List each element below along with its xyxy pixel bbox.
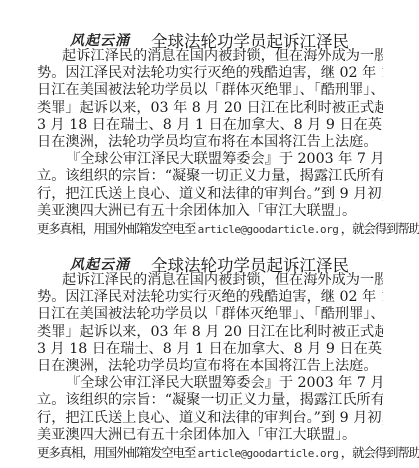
footer-text-before: 更多真相，用国外邮箱发空电至 [37,445,195,460]
text-line: 日江在美国被法轮功学员以「群体灭绝罪」、「酷刑罪」、「反人 [37,306,383,323]
contact-footer: 更多真相，用国外邮箱发空电至 article@goodarticle.org ，… [37,444,383,461]
article-heading: 风起云涌 全球法轮功学员起诉江泽民 [37,29,383,47]
article-title: 全球法轮功学员起诉江泽民 [151,252,349,276]
text-line: 类罪」起诉以来，03 年 8 月 20 日江在比利时被正式起诉。今年 [37,100,383,117]
article-kicker: 风起云涌 [70,254,130,274]
text-line: 日江在美国被法轮功学员以「群体灭绝罪」、「酷刑罪」、「反人 [37,82,383,99]
contact-footer: 更多真相，用国外邮箱发空电至 article@goodarticle.org ，… [37,220,383,237]
text-line: 3 月 18 日在瑞士、8 月 1 日在加拿大、8 月 9 日在英国，8 月 1… [37,341,383,358]
contact-email-link[interactable]: article@goodarticle.org [198,447,339,460]
article-1: 风起云涌 全球法轮功学员起诉江泽民 起诉江泽民的消息在国内被封锁，但在海外成为一… [37,29,383,237]
article-kicker: 风起云涌 [70,30,130,50]
text-line: 日在澳洲，法轮功学员均宣布将在本国将江告上法庭。 [37,134,383,151]
paragraph-2: 『全球公审江泽民大联盟筹委会』于 2003 年 7 月正式成 立。该组织的宗旨：… [37,151,383,220]
article-title: 全球法轮功学员起诉江泽民 [151,28,349,52]
text-line: 『全球公审江泽民大联盟筹委会』于 2003 年 7 月正式成 [37,151,383,168]
footer-text-after: ，就会得到帮助 [341,221,419,236]
paragraph-2: 『全球公审江泽民大联盟筹委会』于 2003 年 7 月正式成 立。该组织的宗旨：… [37,375,383,444]
text-line: 美亚澳四大洲已有五十余团体加入「审江大联盟」。 [37,203,383,220]
footer-text-after: ，就会得到帮助 [341,445,419,460]
text-line: 美亚澳四大洲已有五十余团体加入「审江大联盟」。 [37,427,383,444]
paragraph-1: 起诉江泽民的消息在国内被封锁，但在海外成为一股全球声 势。因江泽民对法轮功实行灭… [37,48,383,151]
paragraph-1: 起诉江泽民的消息在国内被封锁，但在海外成为一股全球声 势。因江泽民对法轮功实行灭… [37,272,383,375]
contact-email-link[interactable]: article@goodarticle.org [198,223,339,236]
text-line: 行，把江氏送上良心、道义和法律的审判台。”到 9 月初，欧 [37,410,383,427]
text-line: 立。该组织的宗旨：“凝聚一切正义力量，揭露江氏所有罪 [37,168,383,185]
text-line: 势。因江泽民对法轮功实行灭绝的残酷迫害，继 02 年 10 月 23 [37,289,383,306]
text-line: 势。因江泽民对法轮功实行灭绝的残酷迫害，继 02 年 10 月 23 [37,65,383,82]
text-line: 类罪」起诉以来，03 年 8 月 20 日江在比利时被正式起诉。今年 [37,324,383,341]
article-heading: 风起云涌 全球法轮功学员起诉江泽民 [37,253,383,271]
footer-text-before: 更多真相，用国外邮箱发空电至 [37,221,195,236]
text-line: 行，把江氏送上良心、道义和法律的审判台。”到 9 月初，欧 [37,186,383,203]
text-line: 3 月 18 日在瑞士、8 月 1 日在加拿大、8 月 9 日在英国，8 月 1… [37,117,383,134]
article-2: 风起云涌 全球法轮功学员起诉江泽民 起诉江泽民的消息在国内被封锁，但在海外成为一… [37,253,383,461]
text-line: 立。该组织的宗旨：“凝聚一切正义力量，揭露江氏所有罪 [37,392,383,409]
text-line: 日在澳洲，法轮功学员均宣布将在本国将江告上法庭。 [37,358,383,375]
text-line: 『全球公审江泽民大联盟筹委会』于 2003 年 7 月正式成 [37,375,383,392]
